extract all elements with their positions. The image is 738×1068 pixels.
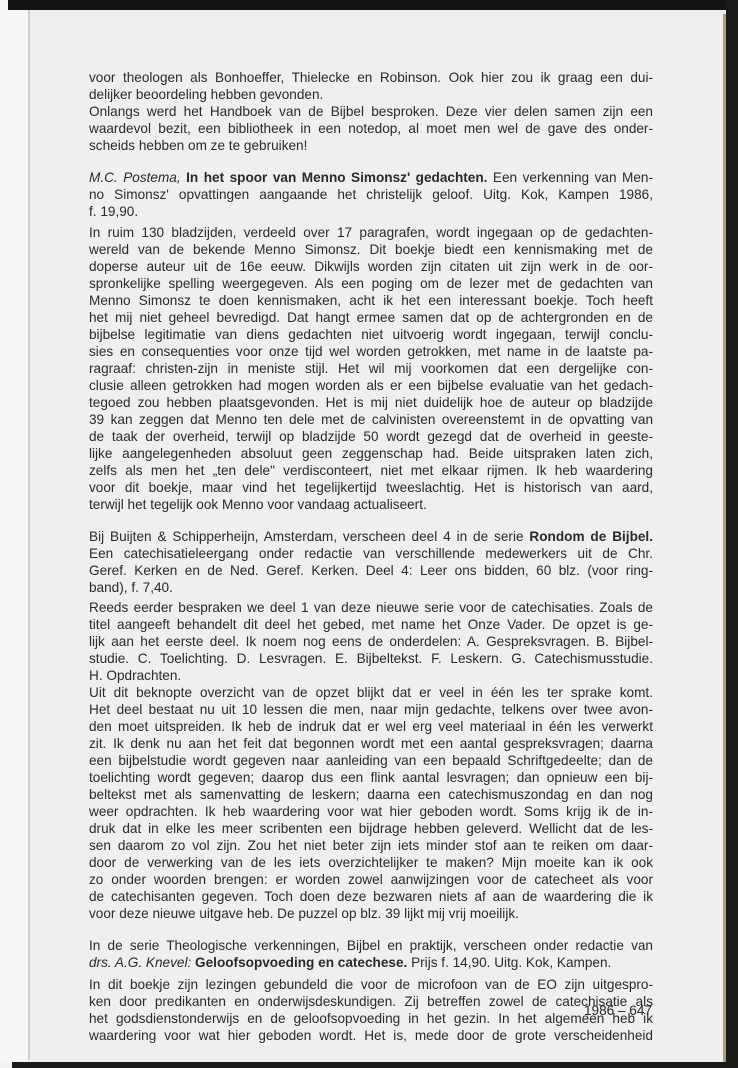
- text-line: lijke aangelegenheden absoluut geen zegg…: [89, 445, 653, 462]
- text-line: het mij niet geheel bevredigd. Dat hangt…: [89, 309, 653, 326]
- text-line: voor deze nieuwe uitgave heb. De puzzel …: [89, 905, 653, 922]
- text-line: door de verwerking van de les iets overz…: [89, 854, 653, 871]
- page-number: 1986 – 647: [560, 1003, 652, 1018]
- text-line: doperse auteur uit de 16e eeuw. Dikwijls…: [89, 258, 653, 275]
- text-line: de taak der overheid, terwijl op bladzij…: [89, 428, 653, 445]
- review-title: In het spoor van Menno Simonsz' gedachte…: [186, 170, 487, 185]
- text-line: Het deel bestaat nu uit 10 lessen die me…: [89, 701, 653, 718]
- text-line: tegoed zou hebben plaatsgevonden. Het is…: [89, 394, 653, 411]
- scan-top-border: [8, 0, 738, 10]
- text-line: Een catechisatieleergang onder redactie …: [89, 545, 653, 562]
- text-line: titel aangeeft behandelt dit deel het ge…: [89, 616, 653, 633]
- review-header-line: drs. A.G. Knevel: Geloofsopvoeding en ca…: [89, 954, 653, 971]
- text-line: lijk aan het eerste deel. Ik noem nog ee…: [89, 633, 653, 650]
- text-line: spronkelijke spelling weergegeven. Als e…: [89, 275, 653, 292]
- text-line: terwijl het tegelijk ook Menno voor vand…: [89, 496, 653, 513]
- text-line: bijbelse legitimatie van diens gedachten…: [89, 326, 653, 343]
- review-intro: Bij Buijten & Schipperheijn, Amsterdam, …: [89, 529, 529, 544]
- review-author: M.C. Postema,: [89, 170, 181, 185]
- review-title: Geloofsopvoeding en catechese.: [195, 955, 407, 970]
- review-header-line: M.C. Postema, In het spoor van Menno Sim…: [89, 169, 653, 186]
- text-line: 39 kan zeggen dat Menno ten dele met de …: [89, 411, 653, 428]
- text-line: wereld van de bekende Menno Simonsz. Dit…: [89, 241, 653, 258]
- text-line: scheids hebben om ze te gebruiken!: [89, 137, 653, 154]
- text-line: waardering voor wat hier geboden wordt. …: [89, 1027, 653, 1044]
- text-line: H. Opdrachten.: [89, 667, 653, 684]
- text-line: Menno Simonsz te doen kennismaken, acht …: [89, 292, 653, 309]
- text-line: clusie alleen getrokken had mogen worden…: [89, 377, 653, 394]
- text-line: een bijbelstudie wordt gegeven naar aanl…: [89, 752, 653, 769]
- text-line: druk dat in elke les meer scribenten een…: [89, 820, 653, 837]
- text-line: Uit dit beknopte overzicht van de opzet …: [89, 684, 653, 701]
- text-line: zelfs als men het „ten dele" verdisconte…: [89, 462, 653, 479]
- text-line: de catechisanten gegeven. Toch doen deze…: [89, 888, 653, 905]
- text-line: In ruim 130 bladzijden, verdeeld over 17…: [89, 224, 653, 241]
- scan-right-border: [726, 0, 738, 1068]
- text-line: In dit boekje zijn lezingen gebundeld di…: [89, 976, 653, 993]
- scan-bottom-border: [12, 1062, 738, 1068]
- text-line: den moet uitspreiden. Ik heb de indruk d…: [89, 718, 653, 735]
- text-line: zo onder woorden brengen: er worden zowe…: [89, 871, 653, 888]
- text-line: voor dit boekje, maar vind het tegelijke…: [89, 479, 653, 496]
- text-line: band), f. 7,40.: [89, 579, 653, 596]
- text-line: Onlangs werd het Handboek van de Bijbel …: [89, 103, 653, 120]
- text-line: weer opdrachten. Ik heb waardering voor …: [89, 803, 653, 820]
- text-line: sies en consequenties voor onze tijd wel…: [89, 343, 653, 360]
- text-line: f. 19,90.: [89, 203, 653, 220]
- text-line: no Simonsz' opvattingen aangaande het ch…: [89, 186, 653, 203]
- text-line: Reeds eerder bespraken we deel 1 van dez…: [89, 599, 653, 616]
- text-line: voor theologen als Bonhoeffer, Thielecke…: [89, 69, 653, 86]
- text-line: beltekst met als samenvatting de leskern…: [89, 786, 653, 803]
- text-line: waardevol bezit, een bibliotheek in een …: [89, 120, 653, 137]
- scan-left-margin: [0, 3, 28, 1063]
- review-publication-info: Prijs f. 14,90. Uitg. Kok, Kampen.: [407, 955, 611, 970]
- text-line: toelichting wordt gegeven; daarop dus ee…: [89, 769, 653, 786]
- review-author: drs. A.G. Knevel:: [89, 955, 191, 970]
- review-title: Rondom de Bijbel.: [529, 529, 653, 544]
- text-line: Geref. Kerken en de Ned. Geref. Kerken. …: [89, 562, 653, 579]
- text-line: zit. Ik denk nu aan het feit dat begonne…: [89, 735, 653, 752]
- text-line: studie. C. Toelichting. D. Lesvragen. E.…: [89, 650, 653, 667]
- review-subtitle: Een verkenning van Men-: [487, 170, 653, 185]
- review-header-line: Bij Buijten & Schipperheijn, Amsterdam, …: [89, 528, 653, 545]
- text-line: ragraaf: christen-zijn in meniste stijl.…: [89, 360, 653, 377]
- review-header-line: In de serie Theologische verkenningen, B…: [89, 937, 653, 954]
- text-line: sen daarom zo vol zijn. Zou het niet bet…: [89, 837, 653, 854]
- page-gutter-line: [28, 10, 30, 1060]
- text-line: delijker beoordeling hebben gevonden.: [89, 86, 653, 103]
